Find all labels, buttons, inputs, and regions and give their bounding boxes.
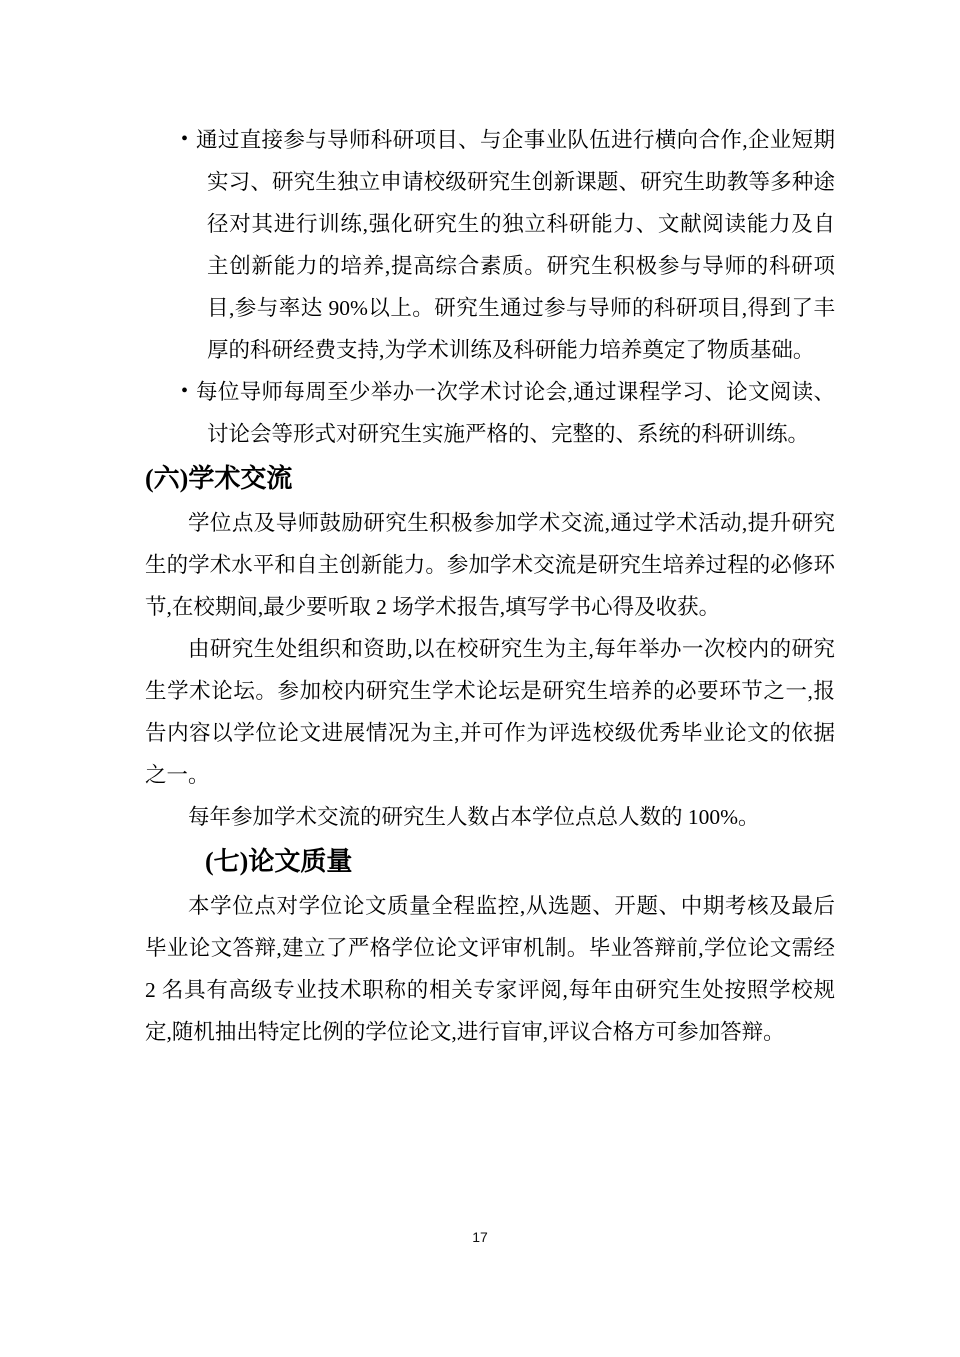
page-number: 17: [0, 1229, 960, 1245]
bullet-item-weekly-seminar: • 每位导师每周至少举办一次学术讨论会,通过课程学习、论文阅读、讨论会等形式对研…: [145, 371, 835, 455]
paragraph: 本学位点对学位论文质量全程监控,从选题、开题、中期考核及最后毕业论文答辩,建立了…: [145, 885, 835, 1053]
paragraph: 每年参加学术交流的研究生人数占本学位点总人数的 100%。: [145, 796, 835, 838]
bullet-icon: •: [181, 370, 188, 412]
bullet-icon: •: [181, 118, 188, 160]
section-heading-thesis-quality: (七)论文质量: [145, 838, 835, 885]
bullet-item-research-training: • 通过直接参与导师科研项目、与企事业队伍进行横向合作,企业短期实习、研究生独立…: [145, 119, 835, 371]
document-page: { "glyphs": { "bullet": "•" }, "page": {…: [0, 0, 960, 1357]
section-heading-academic-exchange: (六)学术交流: [145, 455, 835, 502]
paragraph: 学位点及导师鼓励研究生积极参加学术交流,通过学术活动,提升研究生的学术水平和自主…: [145, 502, 835, 628]
bullet-text: 通过直接参与导师科研项目、与企事业队伍进行横向合作,企业短期实习、研究生独立申请…: [207, 119, 835, 371]
paragraph: 由研究生处组织和资助,以在校研究生为主,每年举办一次校内的研究生学术论坛。参加校…: [145, 628, 835, 796]
bullet-text: 每位导师每周至少举办一次学术讨论会,通过课程学习、论文阅读、讨论会等形式对研究生…: [207, 371, 835, 455]
bullet-list: • 通过直接参与导师科研项目、与企事业队伍进行横向合作,企业短期实习、研究生独立…: [145, 119, 835, 455]
document-body: • 通过直接参与导师科研项目、与企事业队伍进行横向合作,企业短期实习、研究生独立…: [145, 0, 835, 1053]
